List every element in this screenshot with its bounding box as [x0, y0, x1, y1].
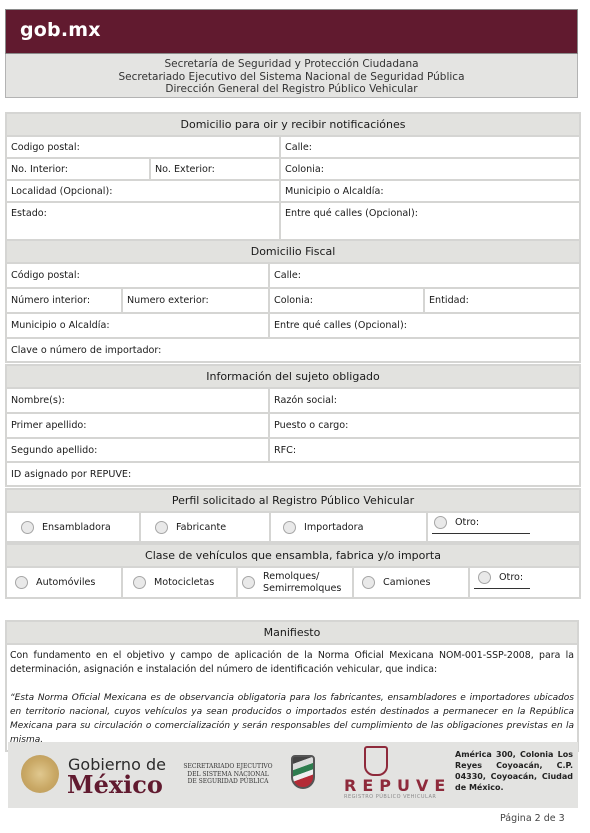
field-segundo-apellido[interactable]: Segundo apellido: [6, 438, 269, 462]
sesnsp-logo-text: SECRETARIADO EJECUTIVO DEL SISTEMA NACIO… [178, 763, 278, 786]
manifiesto-paragraph: Con fundamento en el objetivo y campo de… [10, 649, 574, 677]
section-title-fiscal: Domicilio Fiscal [6, 240, 580, 263]
sesnsp-line: DEL SISTEMA NACIONAL [178, 771, 278, 779]
field-rfc[interactable]: RFC: [269, 438, 580, 462]
mexico-seal-icon [21, 755, 59, 793]
radio-label: Otro: [455, 517, 479, 528]
radio-circle-icon[interactable] [242, 576, 255, 589]
vehicle-class-table: Clase de vehículos que ensambla, fabrica… [5, 543, 581, 599]
section-title-clase: Clase de vehículos que ensambla, fabrica… [6, 544, 580, 567]
radio-automoviles[interactable]: Automóviles [6, 567, 122, 598]
page-number: Página 2 de 3 [500, 813, 565, 824]
field-fiscal-colonia[interactable]: Colonia: [269, 288, 424, 313]
office-address: América 300, Colonia Los Reyes Coyoacán,… [455, 749, 573, 793]
radio-circle-icon[interactable] [283, 521, 296, 534]
radio-label: Otro: [499, 572, 523, 583]
radio-circle-icon[interactable] [155, 521, 168, 534]
radio-label: Fabricante [176, 522, 226, 533]
radio-label: Importadora [304, 522, 364, 533]
obligated-subject-table: Información del sujeto obligado Nombre(s… [5, 364, 581, 487]
repuve-emblem-icon [364, 746, 388, 776]
radio-label: Motocicletas [154, 577, 214, 588]
field-localidad[interactable]: Localidad (Opcional): [6, 180, 280, 202]
radio-fabricante[interactable]: Fabricante [140, 512, 270, 542]
radio-label: Remolques/ [263, 571, 341, 583]
agency-line-3: Dirección General del Registro Público V… [6, 83, 577, 96]
gobmx-header-bar: gob.mx [5, 9, 578, 54]
section-title-sujeto: Información del sujeto obligado [6, 365, 580, 388]
agency-header: Secretaría de Seguridad y Protección Ciu… [5, 54, 578, 98]
radio-ensambladora[interactable]: Ensambladora [6, 512, 140, 542]
field-fiscal-entidad[interactable]: Entidad: [424, 288, 580, 313]
field-primer-apellido[interactable]: Primer apellido: [6, 413, 269, 438]
radio-circle-icon[interactable] [15, 576, 28, 589]
section-title-notificaciones: Domicilio para oir y recibir notificació… [6, 113, 580, 136]
agency-line-2: Secretariado Ejecutivo del Sistema Nacio… [6, 71, 577, 84]
radio-circle-icon[interactable] [21, 521, 34, 534]
field-puesto[interactable]: Puesto o cargo: [269, 413, 580, 438]
radio-label: Ensambladora [42, 522, 111, 533]
field-codigo-postal[interactable]: Codigo postal: [6, 136, 280, 158]
section-title-manifiesto: Manifiesto [7, 622, 577, 645]
sesnsp-line: SECRETARIADO EJECUTIVO [178, 763, 278, 771]
profile-table: Perfil solicitado al Registro Público Ve… [5, 488, 581, 543]
field-nombres[interactable]: Nombre(s): [6, 388, 269, 413]
footer-banner: Gobierno de México SECRETARIADO EJECUTIV… [8, 742, 578, 808]
field-fiscal-entre-calles[interactable]: Entre qué calles (Opcional): [269, 313, 580, 338]
field-colonia[interactable]: Colonia: [280, 158, 580, 180]
radio-label: Semirremolques [263, 583, 341, 595]
manifiesto-box: Manifiesto Con fundamento en el objetivo… [5, 620, 579, 752]
gobierno-logo-line2: México [67, 770, 163, 799]
field-fiscal-calle[interactable]: Calle: [269, 263, 580, 288]
fiscal-address-table: Domicilio Fiscal Código postal: Calle: N… [5, 239, 581, 363]
gobmx-logo[interactable]: gob.mx [20, 19, 101, 41]
field-calle[interactable]: Calle: [280, 136, 580, 158]
otro-text-line[interactable] [432, 533, 530, 534]
field-fiscal-numero-interior[interactable]: Número interior: [6, 288, 122, 313]
field-clave-importador[interactable]: Clave o número de importador: [6, 338, 580, 362]
radio-camiones[interactable]: Camiones [353, 567, 469, 598]
field-estado[interactable]: Estado: [6, 202, 280, 244]
radio-circle-icon[interactable] [478, 571, 491, 584]
sesnsp-line: DE SEGURIDAD PÚBLICA [178, 778, 278, 786]
field-fiscal-municipio[interactable]: Municipio o Alcaldía: [6, 313, 269, 338]
field-fiscal-codigo-postal[interactable]: Código postal: [6, 263, 269, 288]
sesnsp-shield-icon [291, 755, 315, 789]
repuve-subtitle: REGISTRO PÚBLICO VEHICULAR [344, 794, 436, 800]
field-fiscal-numero-exterior[interactable]: Numero exterior: [122, 288, 269, 313]
radio-importadora[interactable]: Importadora [270, 512, 427, 542]
field-razon-social[interactable]: Razón social: [269, 388, 580, 413]
radio-label: Camiones [383, 577, 430, 588]
repuve-logo: REPUVE [344, 776, 451, 795]
radio-otro-perfil[interactable]: Otro: [427, 512, 580, 542]
field-no-exterior[interactable]: No. Exterior: [150, 158, 280, 180]
otro-text-line[interactable] [474, 588, 530, 589]
manifiesto-quote: “Esta Norma Oficial Mexicana es de obser… [10, 691, 574, 747]
radio-motocicletas[interactable]: Motocicletas [122, 567, 237, 598]
field-municipio[interactable]: Municipio o Alcaldía: [280, 180, 580, 202]
radio-label: Automóviles [36, 577, 95, 588]
section-title-perfil: Perfil solicitado al Registro Público Ve… [6, 489, 580, 512]
field-id-repuve[interactable]: ID asignado por REPUVE: [6, 462, 580, 486]
notification-address-table: Domicilio para oir y recibir notificació… [5, 112, 581, 245]
radio-remolques[interactable]: Remolques/Semirremolques [237, 567, 353, 598]
radio-circle-icon[interactable] [362, 576, 375, 589]
field-entre-calles[interactable]: Entre qué calles (Opcional): [280, 202, 580, 244]
field-no-interior[interactable]: No. Interior: [6, 158, 150, 180]
radio-circle-icon[interactable] [133, 576, 146, 589]
agency-line-1: Secretaría de Seguridad y Protección Ciu… [6, 58, 577, 71]
radio-otro-clase[interactable]: Otro: [469, 567, 580, 598]
radio-circle-icon[interactable] [434, 516, 447, 529]
